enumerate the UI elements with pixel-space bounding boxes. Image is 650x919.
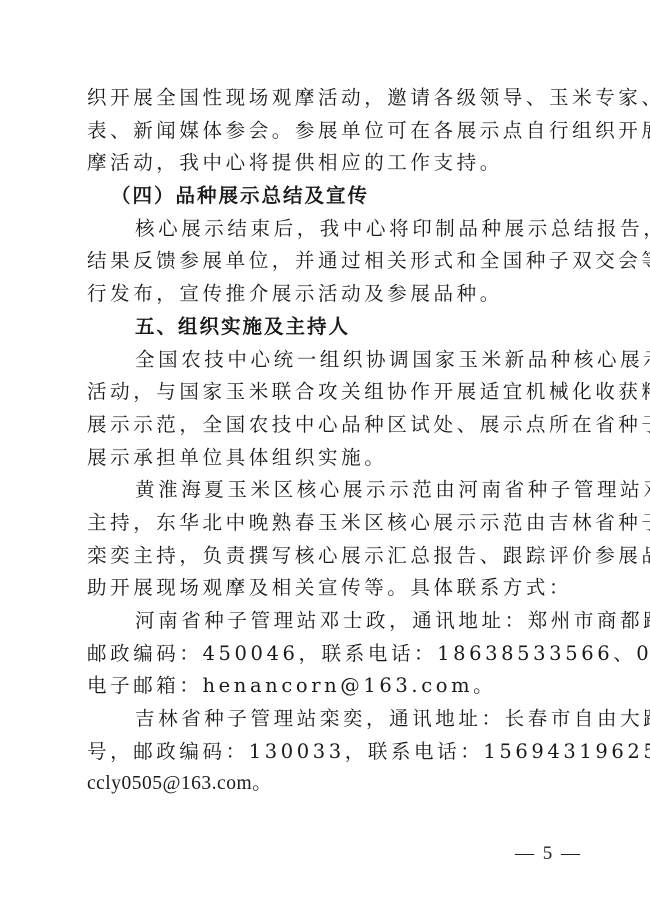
contact-henan-line: 河南省种子管理站邓士政，通讯地址：郑州市商都路 26 号， [87,605,571,638]
body-line: 助开展现场观摩及相关宣传等。具体联系方式： [87,572,571,605]
section-heading-4: （四）品种展示总结及宣传 [87,180,571,213]
body-line: 展示承担单位具体组织实施。 [87,442,571,475]
body-line: 织开展全国性现场观摩活动，邀请各级领导、玉米专家、企业代 [87,82,571,115]
contact-henan-email: 电子邮箱：henancorn@163.com。 [87,670,571,703]
body-line: 摩活动，我中心将提供相应的工作支持。 [87,147,571,180]
contact-jilin-line: 号，邮政编码：130033，联系电话：15694319625，电子邮箱： [87,736,571,769]
document-page: 织开展全国性现场观摩活动，邀请各级领导、玉米专家、企业代 表、新闻媒体参会。参展… [87,82,571,801]
section-heading-5: 五、组织实施及主持人 [87,311,571,344]
contact-henan-line: 邮政编码：450046，联系电话：18638533566、0371－861505… [87,638,571,671]
body-line: 结果反馈参展单位，并通过相关形式和全国种子双交会等平台进 [87,245,571,278]
body-line: 展示示范，全国农技中心品种区试处、展示点所在省种子管理站、 [87,409,571,442]
body-line: 行发布，宣传推介展示活动及参展品种。 [87,278,571,311]
body-line: 表、新闻媒体参会。参展单位可在各展示点自行组织开展现场观 [87,115,571,148]
contact-jilin-email: ccly0505@163.com。 [87,768,571,801]
body-line: 核心展示结束后，我中心将印制品种展示总结报告，将展示 [87,213,571,246]
body-line: 栾奕主持，负责撰写核心展示汇总报告、跟踪评价参展品种、协 [87,540,571,573]
contact-jilin-line: 吉林省种子管理站栾奕，通讯地址：长春市自由大路 6152 [87,703,571,736]
body-line: 全国农技中心统一组织协调国家玉米新品种核心展示示范 [87,344,571,377]
body-line: 活动，与国家玉米联合攻关组协作开展适宜机械化收获籽粒品种 [87,376,571,409]
body-line: 黄淮海夏玉米区核心展示示范由河南省种子管理站邓士政 [87,474,571,507]
page-number: — 5 — [515,843,582,865]
body-line: 主持，东华北中晚熟春玉米区核心展示示范由吉林省种子管理站 [87,507,571,540]
